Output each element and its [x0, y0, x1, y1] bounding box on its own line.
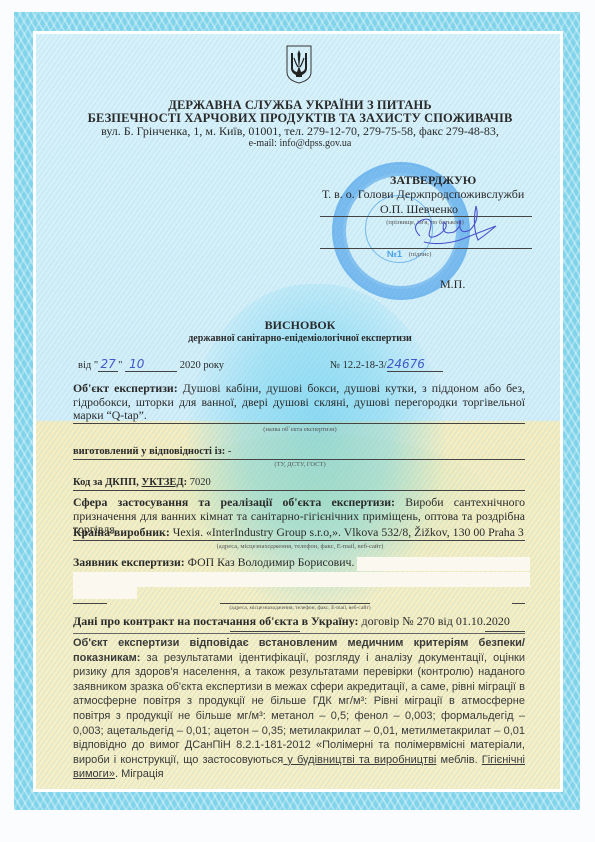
number-prefix: № 12.2-18-3/: [330, 360, 387, 371]
object-label: Об'єкт експертизи:: [73, 381, 178, 395]
handwritten-signature-icon: [400, 196, 510, 256]
code-label-uktzed: УКТЗЕД: [142, 477, 184, 488]
scope-label: Сфера застосування та реалізації об'єкта…: [73, 495, 395, 509]
redaction-block: [73, 572, 530, 587]
applicant-value: ФОП Каз Володимир Борисович.: [185, 555, 355, 569]
contract-label: Дані про контракт на постачання об'єкта …: [73, 614, 359, 628]
date-year: 2020 року: [180, 360, 224, 371]
contract-data: Дані про контракт на постачання об'єкта …: [73, 615, 525, 629]
organization-address: вул. Б. Грінченка, 1, м. Київ, 01001, те…: [60, 124, 540, 139]
applicant-underline-mid: [220, 603, 370, 604]
code-value: 7020: [187, 477, 211, 488]
seal-place-label: М.П.: [440, 277, 465, 292]
made-label: виготовлений у відповідності із:: [73, 446, 225, 457]
object-underline: [73, 423, 525, 424]
code-label-dkpp: Код за ДКПП,: [73, 477, 142, 488]
redaction-block: [357, 557, 530, 571]
date-prefix: від ": [78, 360, 98, 371]
applicant-underline-left: [73, 603, 107, 604]
contract-underline: [230, 631, 300, 632]
date-quote: ": [118, 360, 122, 371]
document-title: ВИСНОВОК: [60, 318, 540, 333]
made-caption: (ТУ, ДСТУ, ГОСТ): [260, 461, 340, 468]
code-underline: [73, 490, 525, 491]
country-underline: [73, 540, 525, 541]
document-page: ДЕРЖАВНА СЛУЖБА УКРАЇНИ З ПИТАНЬ БЕЗПЕЧН…: [0, 0, 595, 842]
redaction-block: [73, 587, 137, 599]
conformity-text-3: . Міграція: [115, 768, 164, 780]
country-of-manufacture: Країна-виробник: Чехія. «InterIndustry G…: [73, 526, 525, 540]
code-label: Код за ДКПП, УКТЗЕД:: [73, 477, 187, 488]
country-caption: (адреса, місцезнаходження, телефон, факс…: [210, 543, 390, 550]
trident-emblem-icon: [285, 44, 313, 84]
country-label: Країна-виробник:: [73, 525, 170, 539]
applicant-caption: (адреса, місцезнаходження, телефон, факс…: [200, 605, 400, 611]
made-underline: [73, 459, 525, 460]
date-month: 10: [125, 357, 177, 372]
document-number: № 12.2-18-3/24676: [330, 357, 443, 372]
object-caption: (назва об`єкта експертизи): [230, 426, 370, 433]
organization-email: e-mail: info@dpss.gov.ua: [60, 138, 540, 149]
conformity-top-rule: [73, 633, 525, 634]
country-value: Чехія. «InterIndustry Group s.r.o,». Vlk…: [170, 525, 524, 539]
object-of-expertise: Об'єкт експертизи: Душові кабіни, душові…: [73, 382, 525, 423]
contract-value: договір № 270 від 01.10.2020: [359, 614, 510, 628]
product-code: Код за ДКПП, УКТЗЕД: 7020: [73, 476, 525, 490]
document-date: від "27" 10 2020 року: [78, 357, 224, 372]
conformity-text-2: меблів.: [436, 754, 481, 766]
document-subtitle: державної санітарно-епідеміологічної екс…: [60, 333, 540, 344]
conformity-text-1: за результатами ідентифікації, розгляду …: [73, 652, 525, 766]
date-day: 27: [98, 357, 118, 372]
made-value: -: [225, 446, 231, 457]
made-per-standard: виготовлений у відповідності із: -: [73, 445, 525, 459]
applicant-label: Заявник експертизи:: [73, 555, 185, 569]
conformity-statement: Об'єкт експертизи відповідає встановлени…: [73, 636, 525, 782]
applicant-underline-right: [512, 603, 525, 604]
conformity-underlined-1: у будівництві та виробництві: [283, 754, 436, 766]
approval-title: ЗАТВЕРДЖУЮ: [390, 173, 476, 188]
contract-underline-right: [485, 631, 525, 632]
number-handwritten: 24676: [387, 357, 443, 372]
